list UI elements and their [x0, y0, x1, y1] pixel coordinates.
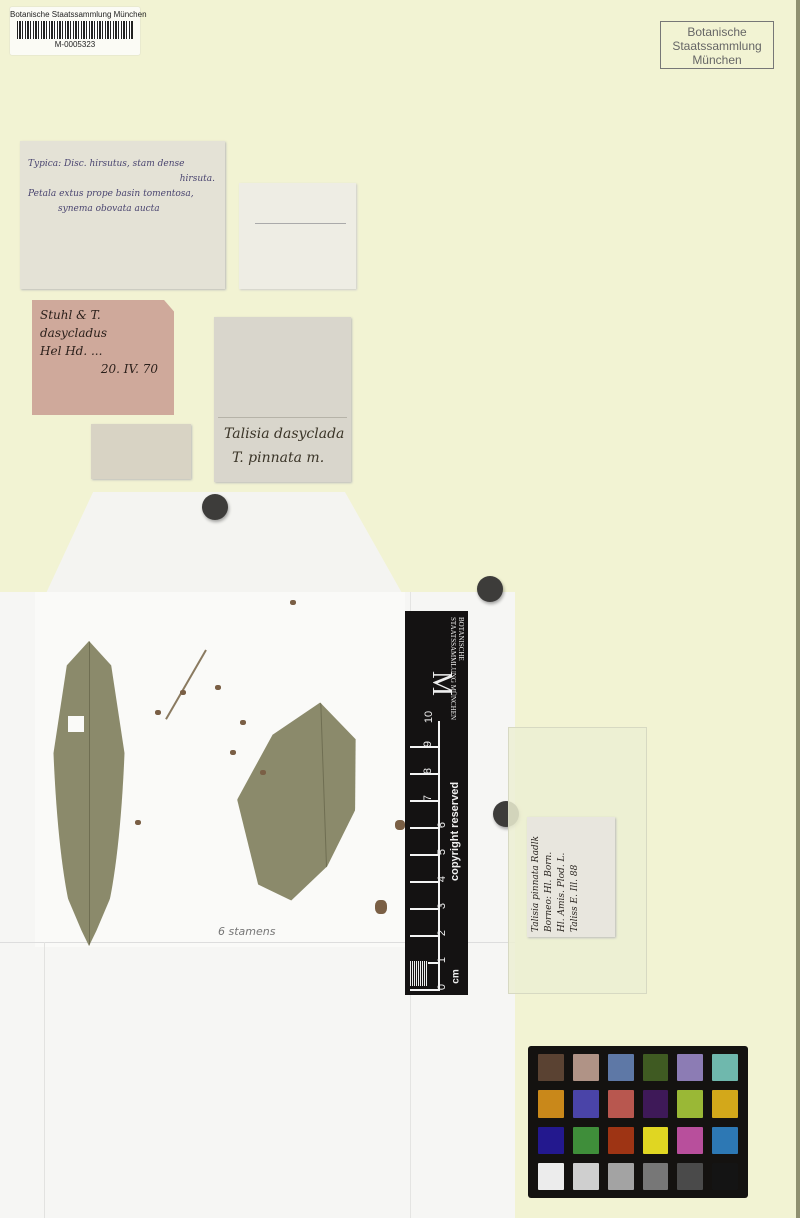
- pin-icon: [477, 576, 503, 602]
- stamp-line: Staatssammlung: [661, 39, 773, 53]
- color-patch: [573, 1090, 599, 1117]
- stamp-line: Botanische: [661, 25, 773, 39]
- color-patch: [712, 1127, 738, 1154]
- color-patch: [677, 1054, 703, 1081]
- barcode-institution: Botanische Staatssammlung München: [10, 10, 140, 19]
- scale-tick-label: 9: [422, 741, 434, 747]
- color-patch: [677, 1127, 703, 1154]
- scale-tick-label: 1: [436, 957, 448, 963]
- scale-tick-label: 7: [422, 795, 434, 801]
- flower-debris: [180, 690, 186, 695]
- flower-debris: [215, 685, 221, 690]
- color-patch: [643, 1163, 669, 1190]
- empty-packet: [239, 183, 356, 289]
- barcode-icon: [17, 21, 133, 39]
- color-patch: [538, 1054, 564, 1081]
- color-patch: [608, 1127, 634, 1154]
- flower-debris: [290, 600, 296, 605]
- institution-logo-icon: M: [425, 671, 457, 696]
- note-line: Talisia dasyclada: [224, 422, 344, 446]
- color-patch: [538, 1127, 564, 1154]
- note-line: Taliss E. Ill. 88: [569, 822, 582, 932]
- cellophane-label: Talisia pinnata Radlk Borneo: Hl. Born. …: [527, 817, 615, 937]
- color-patch: [573, 1127, 599, 1154]
- color-patch: [608, 1090, 634, 1117]
- note-line: Borneo: Hl. Born.: [543, 822, 556, 932]
- packet-label: Talisia dasyclada T. pinnata m.: [214, 317, 351, 482]
- note-line: Typica: Disc. hirsutus, stam dense: [28, 157, 215, 172]
- barcode-number: M-0005323: [10, 40, 140, 49]
- scale-tick-label: 2: [436, 930, 448, 936]
- color-patch: [608, 1054, 634, 1081]
- note-line: Stuhl & T. dasycladus: [40, 306, 166, 342]
- note-line: synema obovata aucta: [28, 202, 215, 217]
- scale-tick-label: 6: [436, 822, 448, 828]
- scale-tick-label: 3: [436, 903, 448, 909]
- note-line: Petala extus prope basin tomentosa,: [28, 187, 215, 202]
- flower-debris: [135, 820, 141, 825]
- color-patch: [712, 1163, 738, 1190]
- color-patch: [677, 1090, 703, 1117]
- scale-ticks: [410, 721, 440, 991]
- color-patch: [573, 1054, 599, 1081]
- color-patch: [712, 1054, 738, 1081]
- scale-tick-label: 8: [422, 768, 434, 774]
- note-line: Hel Hd. ...: [40, 342, 166, 360]
- note-date: 20. IV. 70: [40, 360, 166, 378]
- flower-debris: [155, 710, 161, 715]
- color-checker-card: [528, 1046, 748, 1198]
- scale-tick-label: 5: [436, 849, 448, 855]
- folded-fragment-packet: [91, 424, 191, 479]
- note-line: hirsuta.: [28, 172, 215, 187]
- color-patch: [608, 1163, 634, 1190]
- stamp-line: München: [661, 53, 773, 67]
- stamens-note: 6 stamens: [218, 925, 275, 938]
- pink-label: Stuhl & T. dasycladus Hel Hd. ... 20. IV…: [32, 300, 174, 415]
- flower-debris: [260, 770, 266, 775]
- color-patch: [538, 1163, 564, 1190]
- color-patch: [573, 1163, 599, 1190]
- color-patch: [677, 1163, 703, 1190]
- mm-ticks: [410, 961, 428, 986]
- scale-tick-label: 10: [423, 711, 435, 723]
- flower-debris: [395, 820, 405, 830]
- scale-unit: cm: [451, 969, 462, 983]
- sheet-edge: [796, 0, 800, 1218]
- pin-icon: [202, 494, 228, 520]
- herbarium-stamp: Botanische Staatssammlung München: [660, 21, 774, 69]
- note-line: Hl. Amis. Plod. L.: [556, 822, 569, 932]
- scale-bar: BOTANISCHE STAATSSAMMLUNG MÜNCHEN M copy…: [405, 611, 468, 995]
- flower-debris: [230, 750, 236, 755]
- flower-debris: [240, 720, 246, 725]
- color-patch: [712, 1090, 738, 1117]
- note-line: T. pinnata m.: [224, 446, 344, 470]
- scale-tick-label: 0: [436, 984, 448, 990]
- barcode-label: Botanische Staatssammlung München M-0005…: [10, 7, 140, 55]
- annotation-label: Typica: Disc. hirsutus, stam dense hirsu…: [20, 141, 225, 289]
- color-patch: [538, 1090, 564, 1117]
- copyright-text: copyright reserved: [449, 781, 461, 881]
- scale-tick-label: 4: [436, 876, 448, 882]
- color-patch: [643, 1127, 669, 1154]
- flower-debris: [375, 900, 387, 914]
- color-patch: [643, 1090, 669, 1117]
- note-line: Talisia pinnata Radlk: [530, 822, 543, 932]
- color-patch: [643, 1054, 669, 1081]
